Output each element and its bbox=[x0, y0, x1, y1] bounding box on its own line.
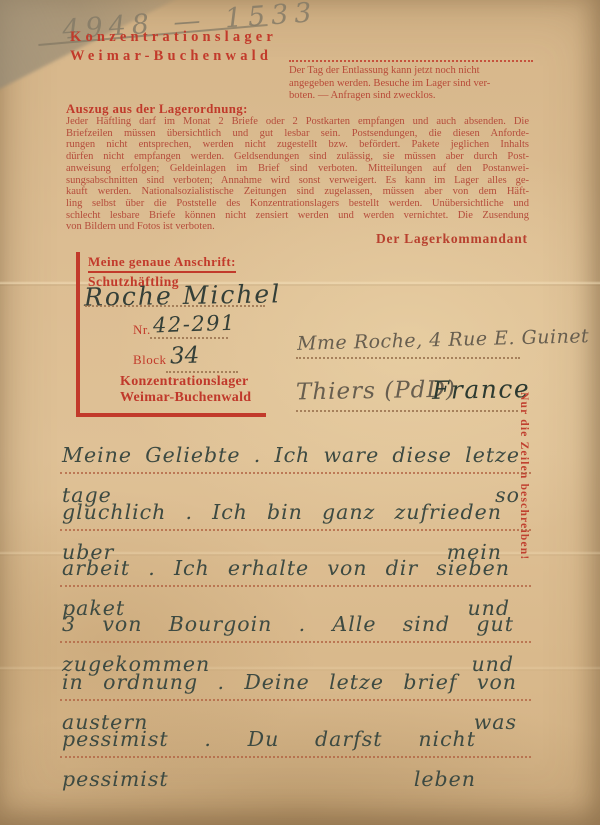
regulations-body: Jeder Häftling darf im Monat 2 Briefe od… bbox=[66, 116, 529, 221]
letter-line-6: pessimist . Du darfst nicht pessimist le… bbox=[62, 719, 476, 756]
name-dotted-line bbox=[85, 305, 265, 307]
block-dotted-line bbox=[166, 371, 238, 373]
nr-dotted-line bbox=[150, 337, 228, 339]
block-number-handwritten: 34 bbox=[170, 342, 200, 369]
letter-line-2: gluchlich . Ich bin ganz zufrieden uber … bbox=[62, 492, 502, 529]
release-notice: Der Tag der Entlassung kann jetzt noch n… bbox=[289, 60, 533, 103]
ruled-line bbox=[60, 529, 531, 531]
letter-line-4: 3 von Bourgoin . Alle sind gut zugekomme… bbox=[62, 604, 514, 641]
recipient-dotted-line bbox=[296, 357, 520, 359]
ruled-line bbox=[60, 756, 531, 758]
ruled-line bbox=[60, 472, 531, 474]
ruled-line bbox=[60, 585, 531, 587]
block-label: Block bbox=[133, 352, 167, 368]
commandant-signature: Der Lagerkommandant bbox=[376, 231, 528, 247]
letter-page: 4948 — 1533 Konzentrationslager Weimar-B… bbox=[0, 0, 600, 825]
prisoner-number-handwritten: 42-291 bbox=[153, 311, 237, 338]
camp-name-in-frame: Konzentrationslager Weimar-Buchenwald bbox=[120, 374, 251, 406]
nr-label: Nr. bbox=[133, 322, 151, 338]
recipient-line-handwritten: Mme Roche, 4 Rue E. Guinet bbox=[297, 325, 590, 355]
ruled-line bbox=[60, 641, 531, 643]
letter-line-3: arbeit . Ich erhalte von dir sieben pake… bbox=[62, 548, 510, 585]
ruled-line bbox=[60, 699, 531, 701]
regulations-title: Auszug aus der Lagerordnung: bbox=[66, 102, 248, 117]
letter-line-1: Meine Geliebte . Ich ware diese letze ta… bbox=[62, 435, 520, 472]
letter-line-5: in ordnung . Deine letze brief von auste… bbox=[62, 662, 517, 699]
address-label: Meine genaue Anschrift: bbox=[88, 254, 236, 273]
recipient-country-handwritten: France bbox=[432, 374, 531, 405]
recipient-dotted-line bbox=[296, 410, 518, 412]
camp-header: Konzentrationslager Weimar-Buchenwald bbox=[70, 28, 277, 66]
